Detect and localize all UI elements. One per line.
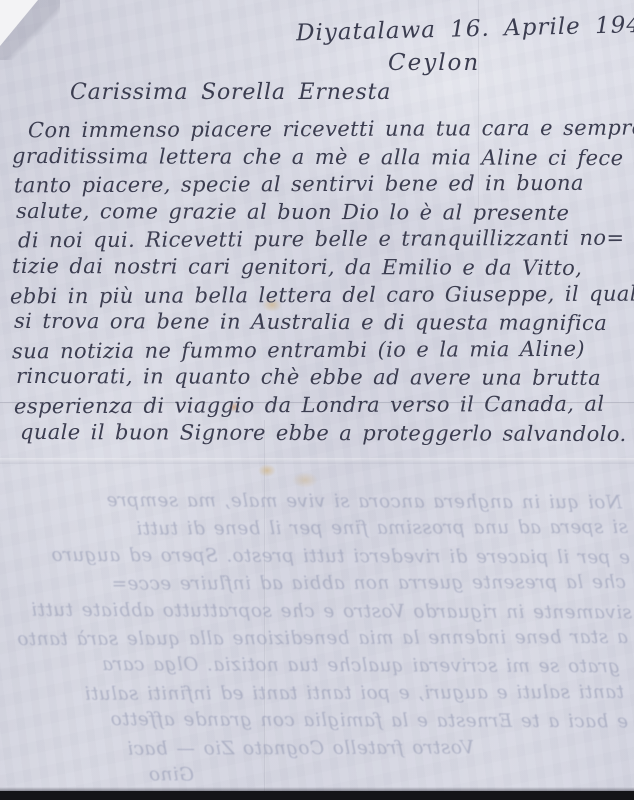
horizontal-fold-crease <box>0 458 634 464</box>
handwriting-line: quale il buon Signore ebbe a proteggerlo… <box>6 418 634 448</box>
handwriting-line: graditissima lettera che a mè e alla mia… <box>6 142 634 172</box>
show-through-line: a star bene indenne la mia benedizione a… <box>0 624 634 654</box>
show-through-line: si spera ad una prossima fine per il ben… <box>0 514 634 544</box>
show-through-line: grato se mi scriverai qualche tua notizi… <box>0 651 634 681</box>
handwriting-line: tizie dai nostri cari genitori, da Emili… <box>6 253 634 283</box>
letter-scan: Diyatalawa 16. Aprile 1941 Ceylon Cariss… <box>0 0 634 800</box>
location-line: Ceylon <box>388 50 480 76</box>
paper-stain <box>292 472 318 488</box>
handwriting-line: ebbi in più una bella lettera del caro G… <box>6 280 634 310</box>
show-through-line: Noi qui in anghera ancora si vive male, … <box>0 487 634 517</box>
handwriting-line: salute, come grazie al buon Dio lo è al … <box>6 198 634 228</box>
show-through-line: e per il piacere di rivederci tutti pres… <box>0 541 634 571</box>
show-through-line: sivamente in riguardo Vostro e che sopra… <box>0 596 634 626</box>
cut-corner <box>0 0 38 46</box>
show-through-signature: Vostro fratello Cognato Zio — baci <box>0 734 634 764</box>
reverse-side-show-through: Noi qui in anghera ancora si vive male, … <box>0 488 634 789</box>
show-through-line: che la presente guerra non abbia ad infl… <box>0 569 634 599</box>
handwriting-line: tanto piacere, specie al sentirvi bene e… <box>6 170 634 200</box>
show-through-line: tanti saluti e auguri, e poi tanti tanti… <box>0 679 634 709</box>
handwriting-line: esperienza di viaggio da Londra verso il… <box>6 391 634 421</box>
letter-body: Con immenso piacere ricevetti una tua ca… <box>6 116 634 447</box>
handwriting-line: sua notizia ne fummo entrambi (io e la m… <box>6 335 634 365</box>
handwriting-line: di noi qui. Ricevetti pure belle e tranq… <box>6 225 634 255</box>
handwriting-line: rincuorati, in quanto chè ebbe ad avere … <box>6 363 634 393</box>
dateline: Diyatalawa 16. Aprile 1941 <box>296 12 634 47</box>
handwriting-line: si trova ora bene in Australia e di ques… <box>6 308 634 338</box>
show-through-line: e baci a te Ernesta e la famiglia con gr… <box>0 706 634 736</box>
paper-stain <box>258 464 276 477</box>
scanner-edge <box>0 791 634 800</box>
salutation: Carissima Sorella Ernesta <box>70 80 391 105</box>
handwriting-line: Con immenso piacere ricevetti una tua ca… <box>6 115 634 145</box>
